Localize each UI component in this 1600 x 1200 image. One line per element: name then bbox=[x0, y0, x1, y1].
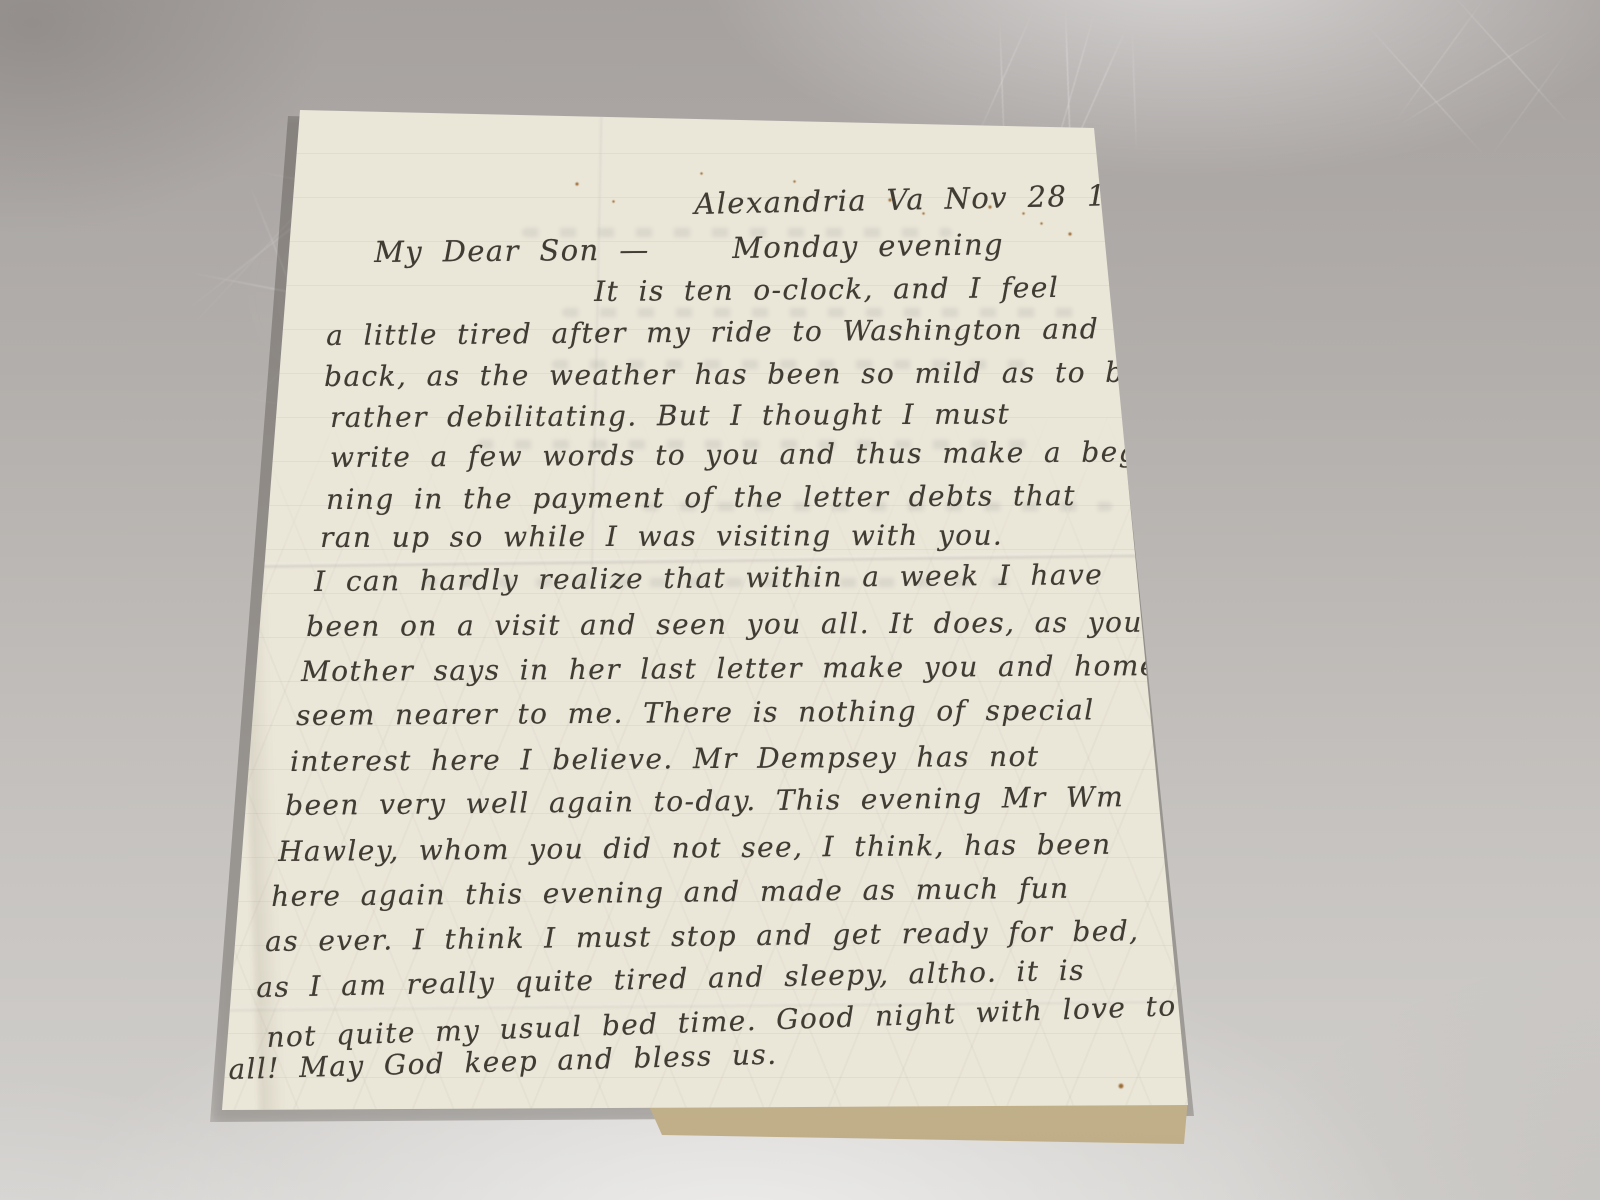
letter-line: rather debilitating. But I thought I mus… bbox=[330, 398, 1010, 434]
letter-text: Alexandria Va Nov 28 1864My Dear Son —Mo… bbox=[222, 110, 1188, 1115]
letter-line: ran up so while I was visiting with you. bbox=[320, 520, 1003, 555]
letter-line: It is ten o-clock, and I feel bbox=[594, 272, 1059, 308]
letter-salutation: My Dear Son — bbox=[374, 234, 650, 270]
photo-scene: Alexandria Va Nov 28 1864My Dear Son —Mo… bbox=[0, 0, 1600, 1200]
letter-line: been very well again to-day. This evenin… bbox=[285, 781, 1124, 822]
letter-line: Mother says in her last letter make you … bbox=[301, 650, 1158, 688]
letter-line: a little tired after my ride to Washingt… bbox=[326, 313, 1099, 352]
letter-line: been on a visit and seen you all. It doe… bbox=[306, 607, 1158, 644]
letter-dateline-2: Monday evening bbox=[732, 228, 1004, 265]
letter-line: I can hardly realize that within a week … bbox=[314, 559, 1103, 598]
letter-line: write a few words to you and thus make a… bbox=[330, 436, 1217, 474]
letter-line: ning in the payment of the letter debts … bbox=[326, 480, 1076, 516]
letter-line: seem nearer to me. There is nothing of s… bbox=[296, 694, 1095, 732]
letter-line: back, as the weather has been so mild as… bbox=[324, 357, 1143, 393]
letter-line: as ever. I think I must stop and get rea… bbox=[265, 915, 1140, 958]
letter-line: Hawley, whom you did not see, I think, h… bbox=[278, 829, 1112, 868]
letter-line: interest here I believe. Mr Dempsey has … bbox=[290, 741, 1040, 778]
letter-line: here again this evening and made as much… bbox=[271, 873, 1070, 914]
letter-dateline: Alexandria Va Nov 28 1864 bbox=[694, 178, 1167, 221]
letter-page: Alexandria Va Nov 28 1864My Dear Son —Mo… bbox=[222, 110, 1188, 1115]
